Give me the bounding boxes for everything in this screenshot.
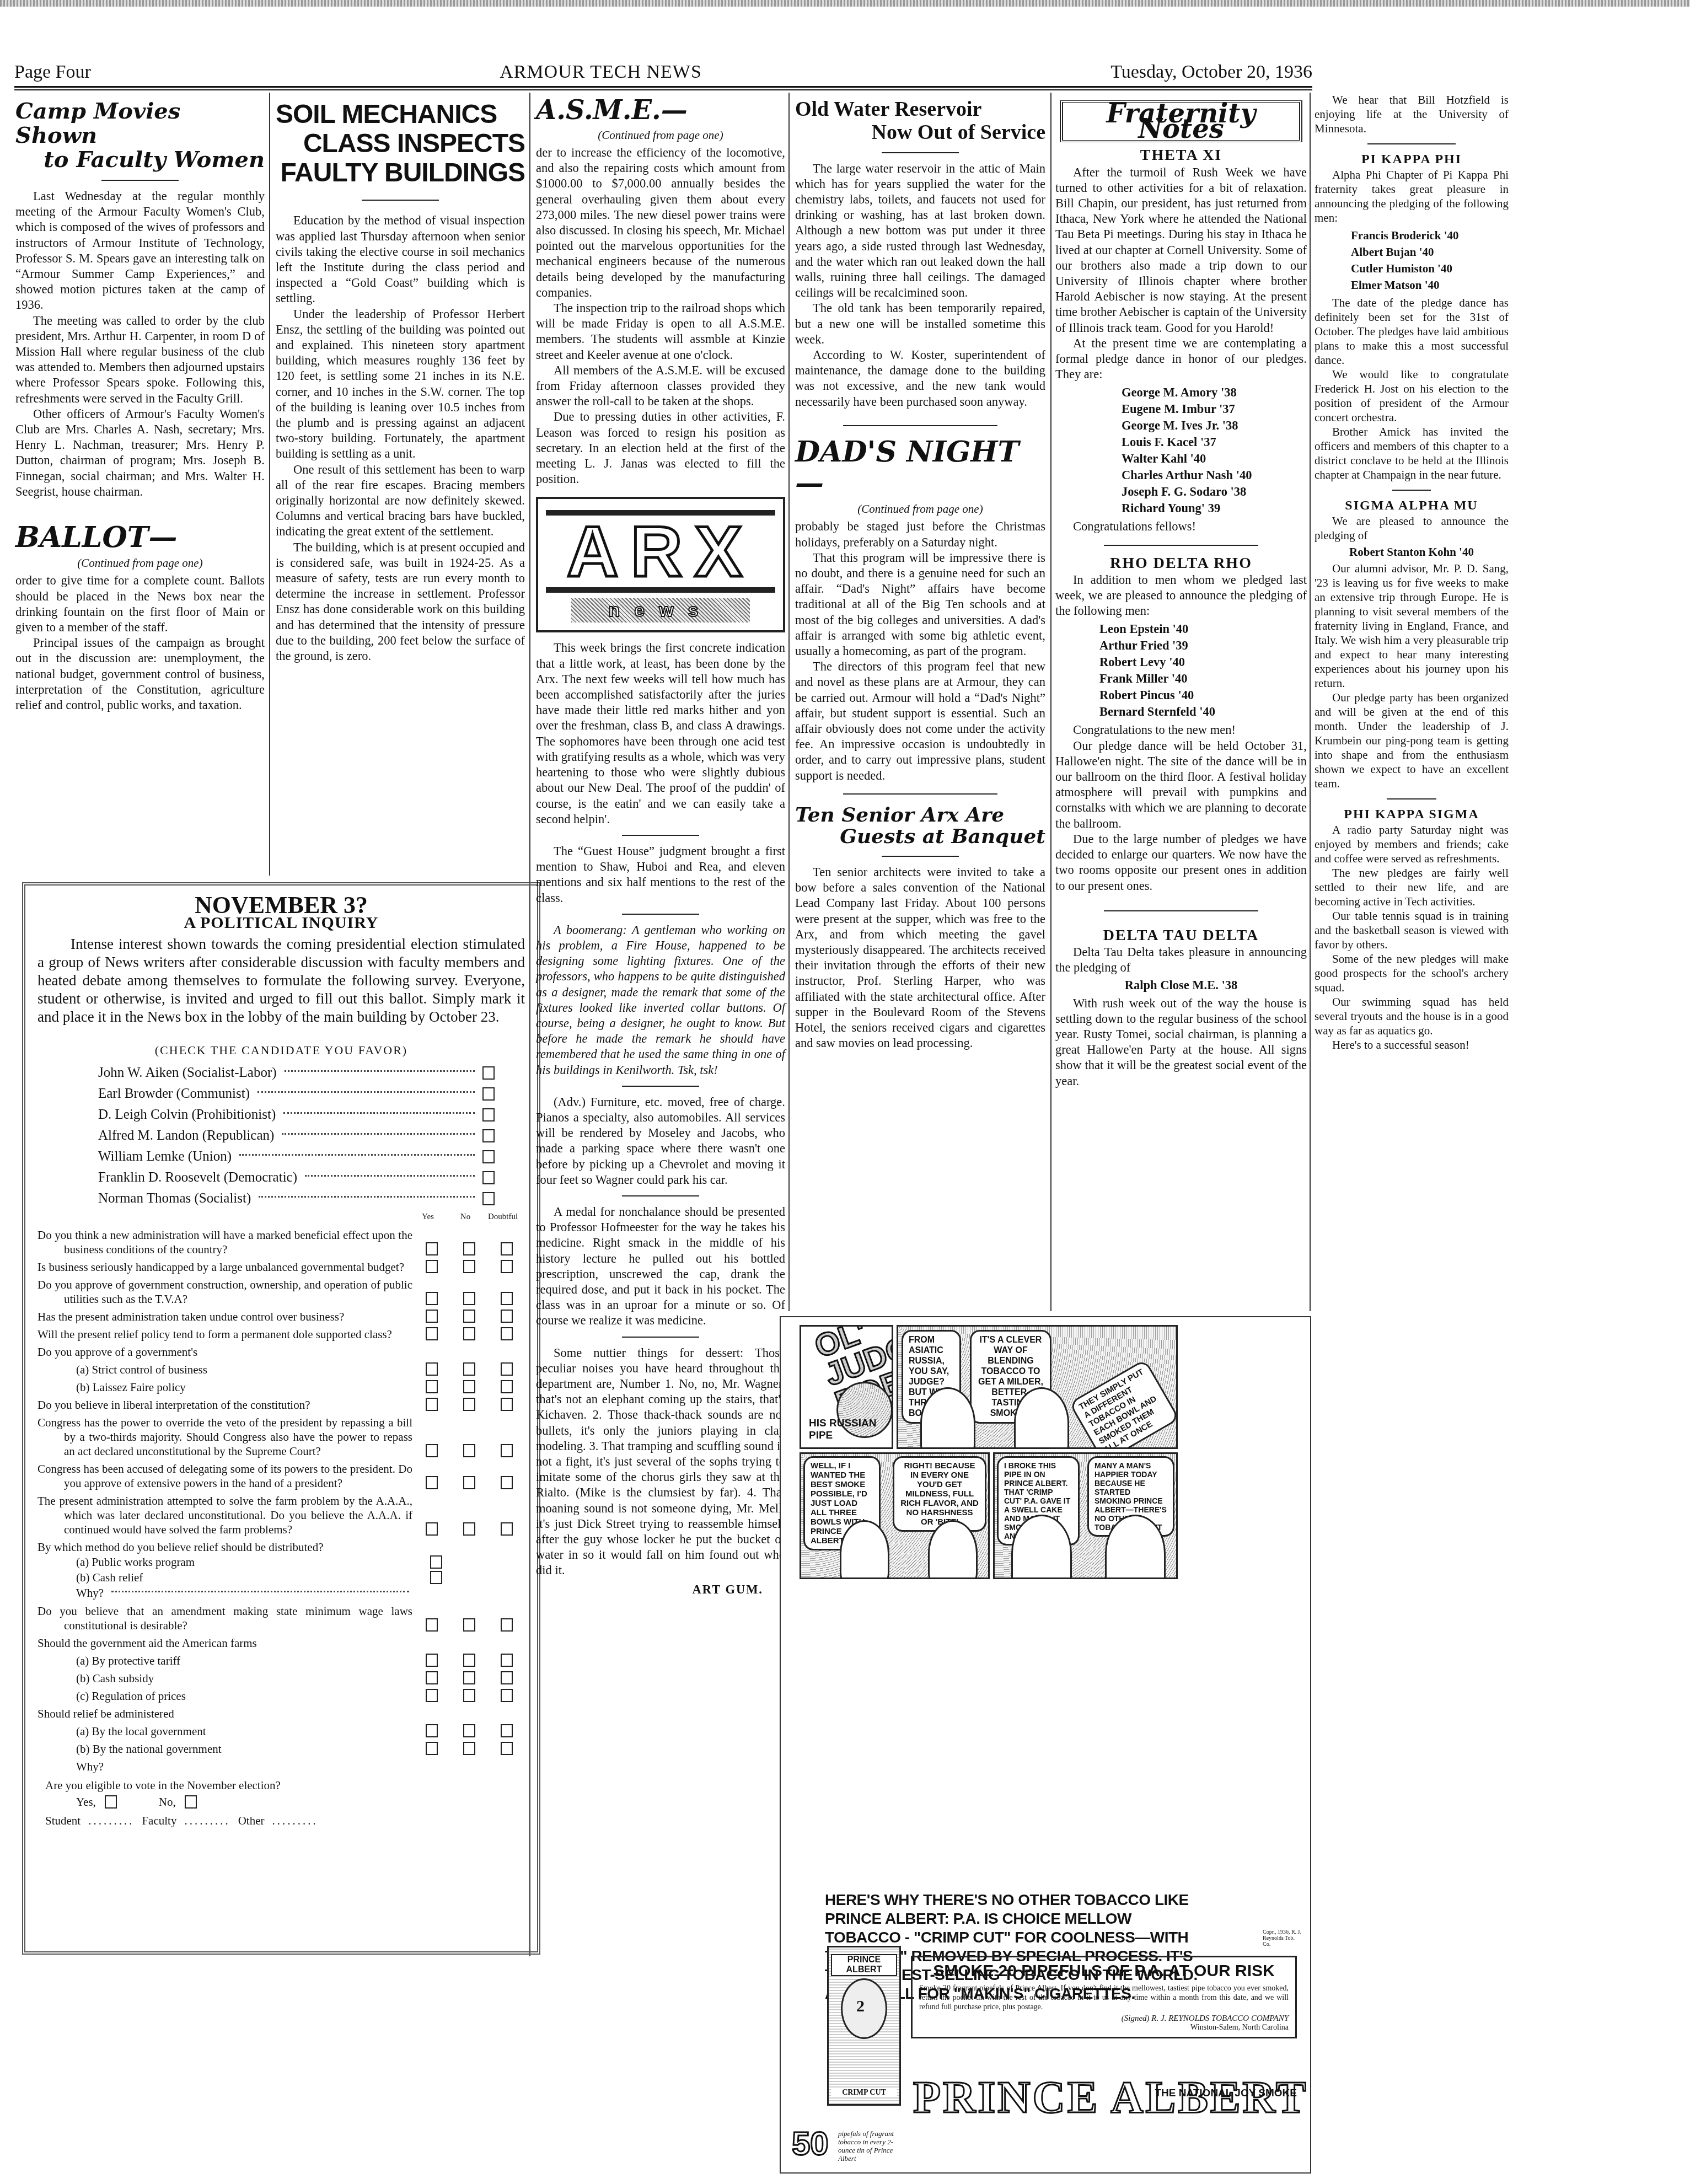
checkbox-no[interactable] (463, 1327, 475, 1340)
divider (1104, 910, 1258, 911)
checkbox-no[interactable] (463, 1362, 475, 1376)
answer-boxes (426, 1260, 513, 1274)
question-text: Congress has been accused of delegating … (37, 1462, 412, 1490)
paragraph: A radio party Saturday night was enjoyed… (1315, 823, 1509, 866)
checkbox-doubtful[interactable] (501, 1260, 513, 1273)
pledge-name: Elmer Matson '40 (1351, 277, 1509, 293)
ballot-form: NOVEMBER 3? A POLITICAL INQUIRY Intense … (22, 882, 540, 1955)
judge-figure-icon (1014, 1387, 1069, 1449)
question-text: (b) Cash subsidy (37, 1671, 412, 1686)
question-text: (c) Regulation of prices (37, 1689, 412, 1703)
pledge-name: Cutler Humiston '40 (1351, 260, 1509, 277)
checkbox-doubtful[interactable] (501, 1380, 513, 1393)
paragraph: A medal for nonchalance should be presen… (536, 1204, 785, 1329)
column-divider (1050, 93, 1051, 1311)
paragraph: All members of the A.S.M.E. will be excu… (536, 363, 785, 410)
question-row: Has the present administration taken und… (37, 1310, 525, 1324)
checkbox-no[interactable] (463, 1444, 475, 1457)
continued-note: (Continued from page one) (795, 501, 1045, 517)
col-yes: Yes (409, 1209, 447, 1225)
checkbox-no[interactable] (463, 1522, 475, 1536)
pledge-name: Robert Stanton Kohn '40 (1315, 545, 1509, 559)
headline: SOIL MECHANICS (276, 100, 525, 130)
divider (843, 425, 997, 426)
paragraph: der to increase the efficiency of the lo… (536, 145, 785, 300)
article-water-reservoir: Old Water Reservoir Now Out of Service T… (795, 93, 1045, 1051)
checkbox-yes[interactable] (426, 1724, 438, 1737)
checkbox-no[interactable] (463, 1260, 475, 1273)
section-title-rho-delta-rho: RHO DELTA RHO (1055, 556, 1307, 571)
headline: to Faculty Women (15, 148, 265, 172)
paragraph: Brother Amick has invited the officers a… (1315, 425, 1509, 482)
question-text: Should the government aid the American f… (37, 1636, 412, 1650)
section-title-theta-xi: THETA XI (1055, 148, 1307, 163)
ballot-title: NOVEMBER 3? (37, 898, 525, 913)
checkbox-yes[interactable] (426, 1327, 438, 1340)
candidate-checkbox[interactable] (482, 1129, 495, 1142)
candidate-checkbox[interactable] (482, 1192, 495, 1205)
pipefuls-note: pipefuls of fragrant tobacco in every 2-… (838, 2129, 904, 2162)
checkbox-yes[interactable] (426, 1398, 438, 1411)
pledge-name: Bernard Sternfeld '40 (1099, 704, 1307, 720)
paragraph: Alpha Phi Chapter of Pi Kappa Phi frater… (1315, 168, 1509, 225)
paragraph: The inspection trip to the railroad shop… (536, 300, 785, 363)
article-dads-night: DAD'S NIGHT— (Continued from page one) p… (795, 436, 1045, 784)
headline: FAULTY BUILDINGS (276, 159, 525, 188)
question-text: Has the present administration taken und… (37, 1310, 412, 1324)
divider (362, 200, 439, 201)
headline: DAD'S NIGHT— (795, 436, 1045, 499)
checkbox-doubtful[interactable] (501, 1476, 513, 1489)
checkbox-yes[interactable] (426, 1292, 438, 1305)
eligibility-question: Are you eligible to vote in the November… (37, 1777, 525, 1794)
question-text: Should relief be administered (37, 1707, 412, 1721)
checkbox-no[interactable] (463, 1689, 475, 1702)
question-row: Do you approve of a government's (37, 1345, 525, 1359)
candidate-checkbox[interactable] (482, 1066, 495, 1080)
comic-panel-4: I BROKE THIS PIPE IN ON PRINCE ALBERT. T… (993, 1452, 1178, 1579)
paragraph: After the turmoil of Rush Week we have t… (1055, 165, 1307, 336)
column-divider (788, 93, 790, 1311)
man-with-pipe-icon (840, 1520, 889, 1579)
checkbox-doubtful[interactable] (501, 1362, 513, 1376)
checkbox-eligible-no[interactable] (185, 1795, 197, 1809)
scan-border (0, 0, 1690, 7)
question-row: (a) By the local government (37, 1724, 525, 1738)
answer-boxes (426, 1476, 513, 1490)
question-row: Should relief be administered (37, 1707, 525, 1721)
candidate-checkbox[interactable] (482, 1108, 495, 1121)
candidate-row: Franklin D. Roosevelt (Democratic) (37, 1167, 525, 1188)
paragraph: Due to pressing duties in other activiti… (536, 409, 785, 487)
money-back-offer: SMOKE 20 PIPEFULS OF P.A. AT OUR RISK Sm… (911, 1956, 1297, 2038)
paragraph: This week brings the first concrete indi… (536, 640, 785, 827)
question-row: (b) Laissez Faire policy (37, 1380, 525, 1394)
candidate-checkbox[interactable] (482, 1171, 495, 1184)
divider (622, 1195, 699, 1196)
candidate-row: John W. Aiken (Socialist-Labor) (37, 1063, 525, 1083)
candidate-name: William Lemke (Union) (98, 1146, 232, 1167)
paragraph: The new pledges are fairly well settled … (1315, 866, 1509, 909)
pledge-name: Arthur Fried '39 (1099, 637, 1307, 654)
candidate-name: Earl Browder (Communist) (98, 1083, 250, 1104)
pledge-name: George M. Ives Jr. '38 (1122, 417, 1307, 434)
pledge-name: Richard Young' 39 (1122, 500, 1307, 517)
pledge-name: Francis Broderick '40 (1351, 227, 1509, 244)
paragraph: order to give time for a complete count.… (15, 573, 265, 635)
pledge-name: Walter Kahl '40 (1122, 450, 1307, 467)
answer-boxes (426, 1398, 513, 1412)
checkbox-doubtful[interactable] (501, 1689, 513, 1702)
divider (622, 914, 699, 915)
paragraph: Our swimming squad has held several tryo… (1315, 995, 1509, 1038)
checkbox-yes[interactable] (426, 1476, 438, 1489)
answer-boxes (426, 1292, 513, 1306)
checkbox-yes[interactable] (426, 1310, 438, 1323)
divider (843, 793, 997, 795)
paragraph: The meeting was called to order by the c… (15, 313, 265, 406)
question-text: The present administration attempted to … (37, 1494, 412, 1537)
leader-dots (282, 1133, 475, 1135)
ad-copyright: Copr., 1936, R. J. Reynolds Tob. Co. (1263, 1929, 1301, 1947)
section-title-phi-kappa-sigma: PHI KAPPA SIGMA (1315, 807, 1509, 822)
question-list-2: Do you believe that an amendment making … (37, 1604, 525, 1774)
question-text: Is business seriously handicapped by a l… (37, 1260, 412, 1274)
article-camp-movies: Camp Movies Shown to Faculty Women Last … (15, 93, 265, 713)
answer-boxes (426, 1522, 513, 1537)
paragraph: The old tank has been temporarily repair… (795, 300, 1045, 347)
brand-tagline: THE NATIONAL JOY SMOKE (1155, 2087, 1297, 2100)
pledge-list: Leon Epstein '40Arthur Fried '39Robert L… (1055, 621, 1307, 720)
checkbox-yes[interactable] (426, 1654, 438, 1667)
question-row: Why? (37, 1759, 525, 1774)
fraternity-notes-continued: We hear that Bill Hotzfield is enjoying … (1315, 93, 1509, 1052)
answer-boxes (426, 1724, 513, 1738)
paragraph: With rush week out of the way the house … (1055, 996, 1307, 1089)
headline: Now Out of Service (795, 121, 1045, 144)
candidate-name: D. Leigh Colvin (Prohibitionist) (98, 1104, 276, 1125)
divider (882, 152, 959, 153)
checkbox-yes[interactable] (426, 1380, 438, 1393)
paragraph: Some of the new pledges will make good p… (1315, 952, 1509, 995)
checkbox-doubtful[interactable] (501, 1444, 513, 1457)
paragraph: The building, which is at present occupi… (276, 540, 525, 664)
comic-panel-title: OL' JUDGE ROBBINS HIS RUSSIAN PIPE (800, 1325, 893, 1449)
question-row: Do you think a new administration will h… (37, 1228, 525, 1257)
pledge-name: Robert Pincus '40 (1099, 687, 1307, 704)
paragraph: We would like to congratulate Frederick … (1315, 367, 1509, 425)
paragraph: Our alumni advisor, Mr. P. D. Sang, '23 … (1315, 561, 1509, 690)
question-text: Do you believe in liberal interpretation… (37, 1398, 412, 1412)
leader-dots (283, 1112, 475, 1114)
candidate-name: Norman Thomas (Socialist) (98, 1188, 251, 1209)
checkbox-yes[interactable] (426, 1522, 438, 1536)
relief-why[interactable]: Why? (37, 1585, 525, 1601)
ballot-subtitle: A POLITICAL INQUIRY (37, 915, 525, 931)
question-text: (a) By protective tariff (37, 1654, 412, 1668)
paragraph: A boomerang: A gentleman who working on … (536, 922, 785, 1078)
divider (882, 856, 959, 857)
question-text: Do you approve of government constructio… (37, 1278, 412, 1306)
question-text: Do you approve of a government's (37, 1345, 412, 1359)
checkbox-no[interactable] (463, 1242, 475, 1255)
headline: Old Water Reservoir (795, 98, 1045, 121)
checkbox-no[interactable] (463, 1310, 475, 1323)
answer-boxes (426, 1654, 513, 1668)
divider (1367, 143, 1456, 144)
divider (101, 180, 179, 181)
fraternity-notes: Fraternity Notes THETA XI After the turm… (1055, 93, 1307, 1089)
comic-panel-3: WELL, IF I WANTED THE BEST SMOKE POSSIBL… (800, 1452, 990, 1579)
checkbox[interactable] (430, 1571, 442, 1584)
checkbox-doubtful[interactable] (501, 1310, 513, 1323)
paragraph: The “Guest House” judgment brought a fir… (536, 844, 785, 906)
pledge-name: Louis F. Kacel '37 (1122, 434, 1307, 450)
relief-option: (a) Public works program (37, 1554, 525, 1570)
paragraph: The directors of this program feel that … (795, 659, 1045, 784)
paragraph: Some nuttier things for dessert: Those p… (536, 1345, 785, 1579)
masthead: Page Four ARMOUR TECH NEWS Tuesday, Octo… (14, 60, 1312, 83)
answer-boxes (426, 1671, 513, 1686)
leader-dots (259, 1196, 475, 1198)
candidate-name: John W. Aiken (Socialist-Labor) (98, 1063, 277, 1083)
article-ten-senior-arx: Ten Senior Arx Are Guests at Banquet Ten… (795, 804, 1045, 1051)
checkbox-no[interactable] (463, 1398, 475, 1411)
leader-dots (285, 1070, 475, 1072)
checkbox-doubtful[interactable] (501, 1618, 513, 1632)
checkbox-yes[interactable] (426, 1444, 438, 1457)
article-asme: A.S.M.E.— (Continued from page one) der … (536, 93, 785, 1597)
ballot-intro: Intense interest shown towards the comin… (37, 935, 525, 1026)
question-list: Do you think a new administration will h… (37, 1228, 525, 1537)
pledge-name: Robert Levy '40 (1099, 654, 1307, 670)
answer-boxes (426, 1444, 513, 1458)
question-row: Is business seriously handicapped by a l… (37, 1260, 525, 1274)
candidate-checkbox[interactable] (482, 1150, 495, 1163)
article-ballot-continued: BALLOT— (Continued from page one) order … (15, 522, 265, 713)
column-divider (1310, 93, 1311, 1311)
paragraph: Due to the large number of pledges we ha… (1055, 831, 1307, 894)
checkbox-yes[interactable] (426, 1742, 438, 1755)
question-text: Will the present relief policy tend to f… (37, 1327, 412, 1341)
checkbox-no[interactable] (463, 1292, 475, 1305)
paragraph: Our table tennis squad is in training an… (1315, 909, 1509, 952)
pledge-name: Leon Epstein '40 (1099, 621, 1307, 637)
checkbox-no[interactable] (463, 1380, 475, 1393)
paragraph: Ten senior architects were invited to ta… (795, 865, 1045, 1051)
question-row: (c) Regulation of prices (37, 1689, 525, 1703)
question-row: Do you believe that an amendment making … (37, 1604, 525, 1633)
question-row: (a) Strict control of business (37, 1362, 525, 1377)
paragraph: In addition to men whom we pledged last … (1055, 572, 1307, 619)
pledge-name: Albert Bujan '40 (1351, 244, 1509, 260)
paragraph: According to W. Koster, superintendent o… (795, 347, 1045, 410)
paragraph: Education by the method of visual inspec… (276, 213, 525, 306)
column-arx-news: This week brings the first concrete indi… (536, 640, 785, 1597)
headline: CLASS INSPECTS (276, 130, 525, 159)
checkbox-no[interactable] (463, 1671, 475, 1684)
ballot-instruction: (CHECK THE CANDIDATE YOU FAVOR) (37, 1043, 525, 1058)
candidate-row: Alfred M. Landon (Republican) (37, 1125, 525, 1146)
question-relief-method: By which method do you believe relief sh… (37, 1540, 525, 1554)
divider (1104, 545, 1258, 546)
question-row: Should the government aid the American f… (37, 1636, 525, 1650)
checkbox-yes[interactable] (426, 1671, 438, 1684)
question-text: Do you believe that an amendment making … (37, 1604, 412, 1633)
col-no: No (447, 1209, 484, 1225)
candidate-row: William Lemke (Union) (37, 1146, 525, 1167)
continued-note: (Continued from page one) (15, 555, 265, 571)
article-soil-mechanics: SOIL MECHANICS CLASS INSPECTS FAULTY BUI… (276, 93, 525, 664)
checkbox-yes[interactable] (426, 1242, 438, 1255)
question-text: Why? (37, 1759, 412, 1774)
pledge-name: Charles Arthur Nash '40 (1122, 467, 1307, 484)
paragraph: We are pleased to announce the pledging … (1315, 514, 1509, 543)
arx-news-logo: ARX news (536, 497, 785, 632)
checkbox-no[interactable] (463, 1476, 475, 1489)
publication-title: ARMOUR TECH NEWS (500, 62, 702, 83)
checkbox-doubtful[interactable] (501, 1671, 513, 1684)
question-text: (b) Laissez Faire policy (37, 1380, 412, 1394)
checkbox-yes[interactable] (426, 1689, 438, 1702)
leader-dots (239, 1154, 475, 1156)
question-row: (b) Cash subsidy (37, 1671, 525, 1686)
answer-boxes (426, 1618, 513, 1633)
divider (622, 1086, 699, 1087)
paragraph: Under the leadership of Professor Herber… (276, 307, 525, 462)
paragraph: That this program will be impressive the… (795, 550, 1045, 659)
section-title-pi-kappa-phi: PI KAPPA PHI (1315, 152, 1509, 167)
checkbox[interactable] (430, 1555, 442, 1569)
headline: Guests at Banquet (795, 826, 1045, 848)
tobacco-tin-icon: PRINCE ALBERT 2 CRIMP CUT (827, 1946, 901, 2106)
section-title-delta-tau-delta: DELTA TAU DELTA (1055, 928, 1307, 943)
byline: ART GUM. (536, 1582, 785, 1597)
divider (1387, 798, 1436, 799)
paragraph: (Adv.) Furniture, etc. moved, free of ch… (536, 1094, 785, 1188)
checkbox-doubtful[interactable] (501, 1522, 513, 1536)
question-text: Do you think a new administration will h… (37, 1228, 412, 1257)
headline: A.S.M.E.— (536, 96, 785, 125)
paragraph: Delta Tau Delta takes pleasure in announ… (1055, 945, 1307, 975)
pledge-name: Joseph F. G. Sodaro '38 (1122, 484, 1307, 500)
section-title-sigma-alpha-mu: SIGMA ALPHA MU (1315, 498, 1509, 513)
paragraph: Principal issues of the campaign as brou… (15, 635, 265, 713)
question-row: The present administration attempted to … (37, 1494, 525, 1537)
paragraph: Our pledge party has been organized and … (1315, 690, 1509, 791)
checkbox-no[interactable] (463, 1724, 475, 1737)
eligibility-answers: Yes, No, (37, 1794, 525, 1810)
paragraph: The large water reservoir in the attic o… (795, 161, 1045, 301)
paragraph: The date of the pledge dance has definit… (1315, 296, 1509, 367)
pipefuls-count: 50 (792, 2124, 829, 2162)
paragraph: Other officers of Armour's Faculty Women… (15, 406, 265, 500)
paragraph: Last Wednesday at the regular monthly me… (15, 189, 265, 313)
question-row: (a) By protective tariff (37, 1654, 525, 1668)
candidate-row: D. Leigh Colvin (Prohibitionist) (37, 1104, 525, 1125)
column-divider (269, 93, 270, 876)
checkbox-yes[interactable] (426, 1618, 438, 1632)
answer-boxes (426, 1742, 513, 1756)
prince-albert-advertisement: OL' JUDGE ROBBINS HIS RUSSIAN PIPE FROM … (780, 1316, 1311, 2174)
candidate-checkbox[interactable] (482, 1087, 495, 1101)
question-row: (b) By the national government (37, 1742, 525, 1756)
paragraph: Congratulations fellows! (1055, 519, 1307, 534)
candidate-row: Norman Thomas (Socialist) (37, 1188, 525, 1209)
pledge-name: George M. Amory '38 (1122, 384, 1307, 401)
headline: Ten Senior Arx Are (795, 804, 1045, 827)
checkbox-doubtful[interactable] (501, 1742, 513, 1755)
checkbox-doubtful[interactable] (501, 1242, 513, 1255)
relief-option: (b) Cash relief (37, 1570, 525, 1585)
pledge-name: Frank Miller '40 (1099, 670, 1307, 687)
checkbox-doubtful[interactable] (501, 1327, 513, 1340)
pledge-list: George M. Amory '38Eugene M. Imbur '37Ge… (1055, 384, 1307, 517)
candidate-row: Earl Browder (Communist) (37, 1083, 525, 1104)
comic-panel-2: FROM ASIATIC RUSSIA, YOU SAY, JUDGE? BUT… (897, 1325, 1178, 1449)
candidate-list: John W. Aiken (Socialist-Labor)Earl Brow… (37, 1063, 525, 1209)
checkbox-eligible-yes[interactable] (105, 1795, 117, 1809)
checkbox-yes[interactable] (426, 1260, 438, 1273)
checkbox-doubtful[interactable] (501, 1398, 513, 1411)
answer-column-headers: Yes No Doubtful (37, 1209, 525, 1225)
question-row: Congress has the power to override the v… (37, 1415, 525, 1458)
masthead-rule (14, 86, 1312, 90)
answer-boxes (426, 1242, 513, 1257)
checkbox-yes[interactable] (426, 1362, 438, 1376)
headline: BALLOT— (15, 522, 265, 553)
answer-boxes (426, 1327, 513, 1341)
question-row: Do you believe in liberal interpretation… (37, 1398, 525, 1412)
man-figure-icon (920, 1387, 975, 1449)
divider (1392, 490, 1431, 491)
answer-boxes (426, 1310, 513, 1324)
respondent-type: Student......... Faculty......... Other.… (37, 1812, 525, 1829)
paragraph: Congratulations to the new men! (1055, 722, 1307, 738)
question-text: (a) Strict control of business (37, 1362, 412, 1377)
checkbox-doubtful[interactable] (501, 1724, 513, 1737)
continued-note: (Continued from page one) (536, 127, 785, 143)
question-row: Will the present relief policy tend to f… (37, 1327, 525, 1341)
question-text: Congress has the power to override the v… (37, 1415, 412, 1458)
issue-date: Tuesday, October 20, 1936 (1110, 62, 1312, 83)
answer-boxes (426, 1380, 513, 1394)
headline: Camp Movies Shown (15, 99, 265, 148)
answer-boxes (426, 1362, 513, 1377)
paragraph: Our pledge dance will be held October 31… (1055, 738, 1307, 831)
checkbox-doubtful[interactable] (501, 1292, 513, 1305)
question-text: (a) By the local government (37, 1724, 412, 1738)
pledge-list: Francis Broderick '40Albert Bujan '40Cut… (1315, 227, 1509, 293)
pledge-name: Ralph Close M.E. '38 (1055, 978, 1307, 993)
divider (622, 1337, 699, 1338)
checkbox-no[interactable] (463, 1742, 475, 1755)
paragraph: Here's to a successful season! (1315, 1038, 1509, 1052)
question-row: Congress has been accused of delegating … (37, 1462, 525, 1490)
divider (622, 835, 699, 836)
question-row: Do you approve of government constructio… (37, 1278, 525, 1306)
checkbox-doubtful[interactable] (501, 1654, 513, 1667)
checkbox-no[interactable] (463, 1618, 475, 1632)
paragraph: probably be staged just before the Chris… (795, 519, 1045, 550)
candidate-name: Alfred M. Landon (Republican) (98, 1125, 274, 1146)
answer-boxes (426, 1689, 513, 1703)
pledge-name: Eugene M. Imbur '37 (1122, 401, 1307, 417)
checkbox-no[interactable] (463, 1654, 475, 1667)
section-header: Fraternity Notes (1060, 100, 1302, 142)
col-doubtful: Doubtful (484, 1209, 522, 1225)
page-number: Page Four (14, 62, 91, 83)
